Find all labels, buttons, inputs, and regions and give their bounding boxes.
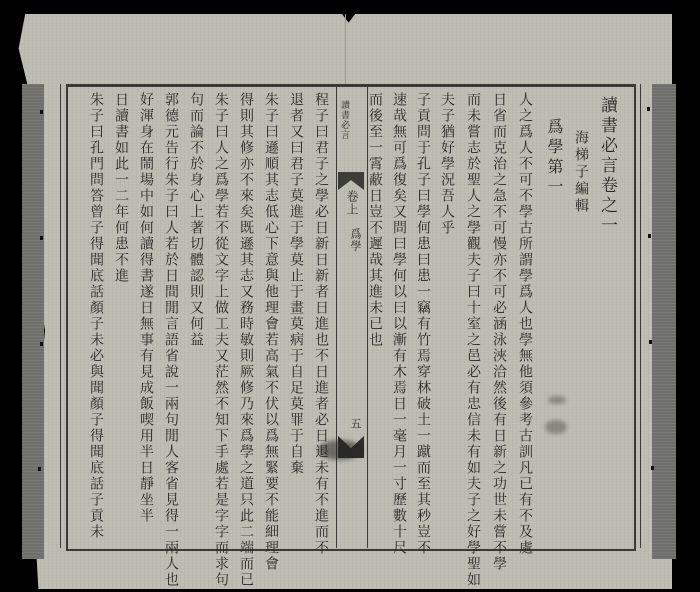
binding-hole (40, 342, 43, 346)
text-column: 人之爲人不可不學古所謂學爲人也學無他須參考古訓凡已有不及處 (518, 92, 532, 556)
text-column: 速哉無可爲復矣又問曰學何以曰以漸有木焉日一毫月一寸歷數十尺 (392, 92, 406, 556)
ink-stain (318, 440, 362, 460)
block-heart-section: 爲學 (347, 228, 363, 252)
text-column: 郭德元告行朱子曰人若於日間閒言語省說一兩句閒人客省見得一兩人也 (164, 92, 178, 588)
ink-stain (545, 420, 567, 434)
binding-hole (38, 467, 41, 471)
block-heart-book-title: 讀書必言 (338, 100, 351, 140)
block-heart-juan: 卷上 (344, 190, 361, 216)
text-column: 而後至一霄蔽日豈不遲哉其進未已也 (368, 92, 382, 348)
binding-hole (40, 110, 43, 114)
text-column: 日讀書如此一二年何患不進 (114, 92, 128, 284)
fold-line (345, 14, 346, 84)
text-column: 朱子曰孔門問答曾子得聞底話顏子未必與聞顏子得聞底話子貢未 (89, 92, 103, 540)
binding-hole (648, 234, 651, 238)
text-column: 好渾身在鬧場中如何讀得書遂日無事有見成飯喫用半日靜坐半 (139, 92, 153, 524)
text-column: 句而論不於身心上著切體認則又何益 (189, 92, 203, 348)
binding-hole (647, 107, 650, 111)
text-column: 夫子猶好學況吾人乎 (440, 92, 454, 236)
block-heart-page-number: 五 (347, 418, 363, 430)
block-heart (336, 84, 368, 548)
binding-hole (649, 340, 652, 344)
text-column: 而未嘗志於聖人之學觀夫子曰十室之邑必有忠信未有如夫子之好學聖如 (466, 92, 480, 588)
text-column: 退者又曰君子莫進于學莫止于畫莫病于自足莫罪于自棄 (289, 92, 303, 476)
right-border-rule (640, 84, 641, 548)
book-title-column: 讀書必言卷之一 (598, 96, 615, 236)
binding-hole (651, 466, 654, 470)
text-column: 朱子曰人之爲學若不從文字上做工夫又茫然不知下手處若是字字而求句 (214, 92, 228, 588)
text-column: 程子曰君子之學必日新日新者日進也不日進者必日退未有不進而不 (314, 92, 328, 556)
left-margin-strip (22, 84, 44, 559)
right-margin-strip (652, 84, 676, 559)
text-column: 得則其修亦不來矣既遜其志又務時敏則厥修乃來爲學之道只此二端而已 (239, 92, 253, 588)
text-column: 朱子曰遜順其志低心下意與他理會若高氣不伏以爲無緊要不能細理會 (264, 92, 278, 572)
binding-hole (40, 236, 43, 240)
text-column: 子貢問于孔子曰學何患曰患一竊有竹焉穿林破土一蹴而至其秒豈不 (416, 92, 430, 556)
chapter-heading: 爲學第一 (546, 118, 562, 198)
left-border-rule (60, 84, 61, 548)
text-column: 日省而克治之急不可慢亦不可必涵泳浹洽然後有日新之功世未嘗不學 (492, 92, 506, 572)
ink-stain (548, 396, 566, 404)
compiler-column: 海梯子編輯 (574, 130, 588, 215)
